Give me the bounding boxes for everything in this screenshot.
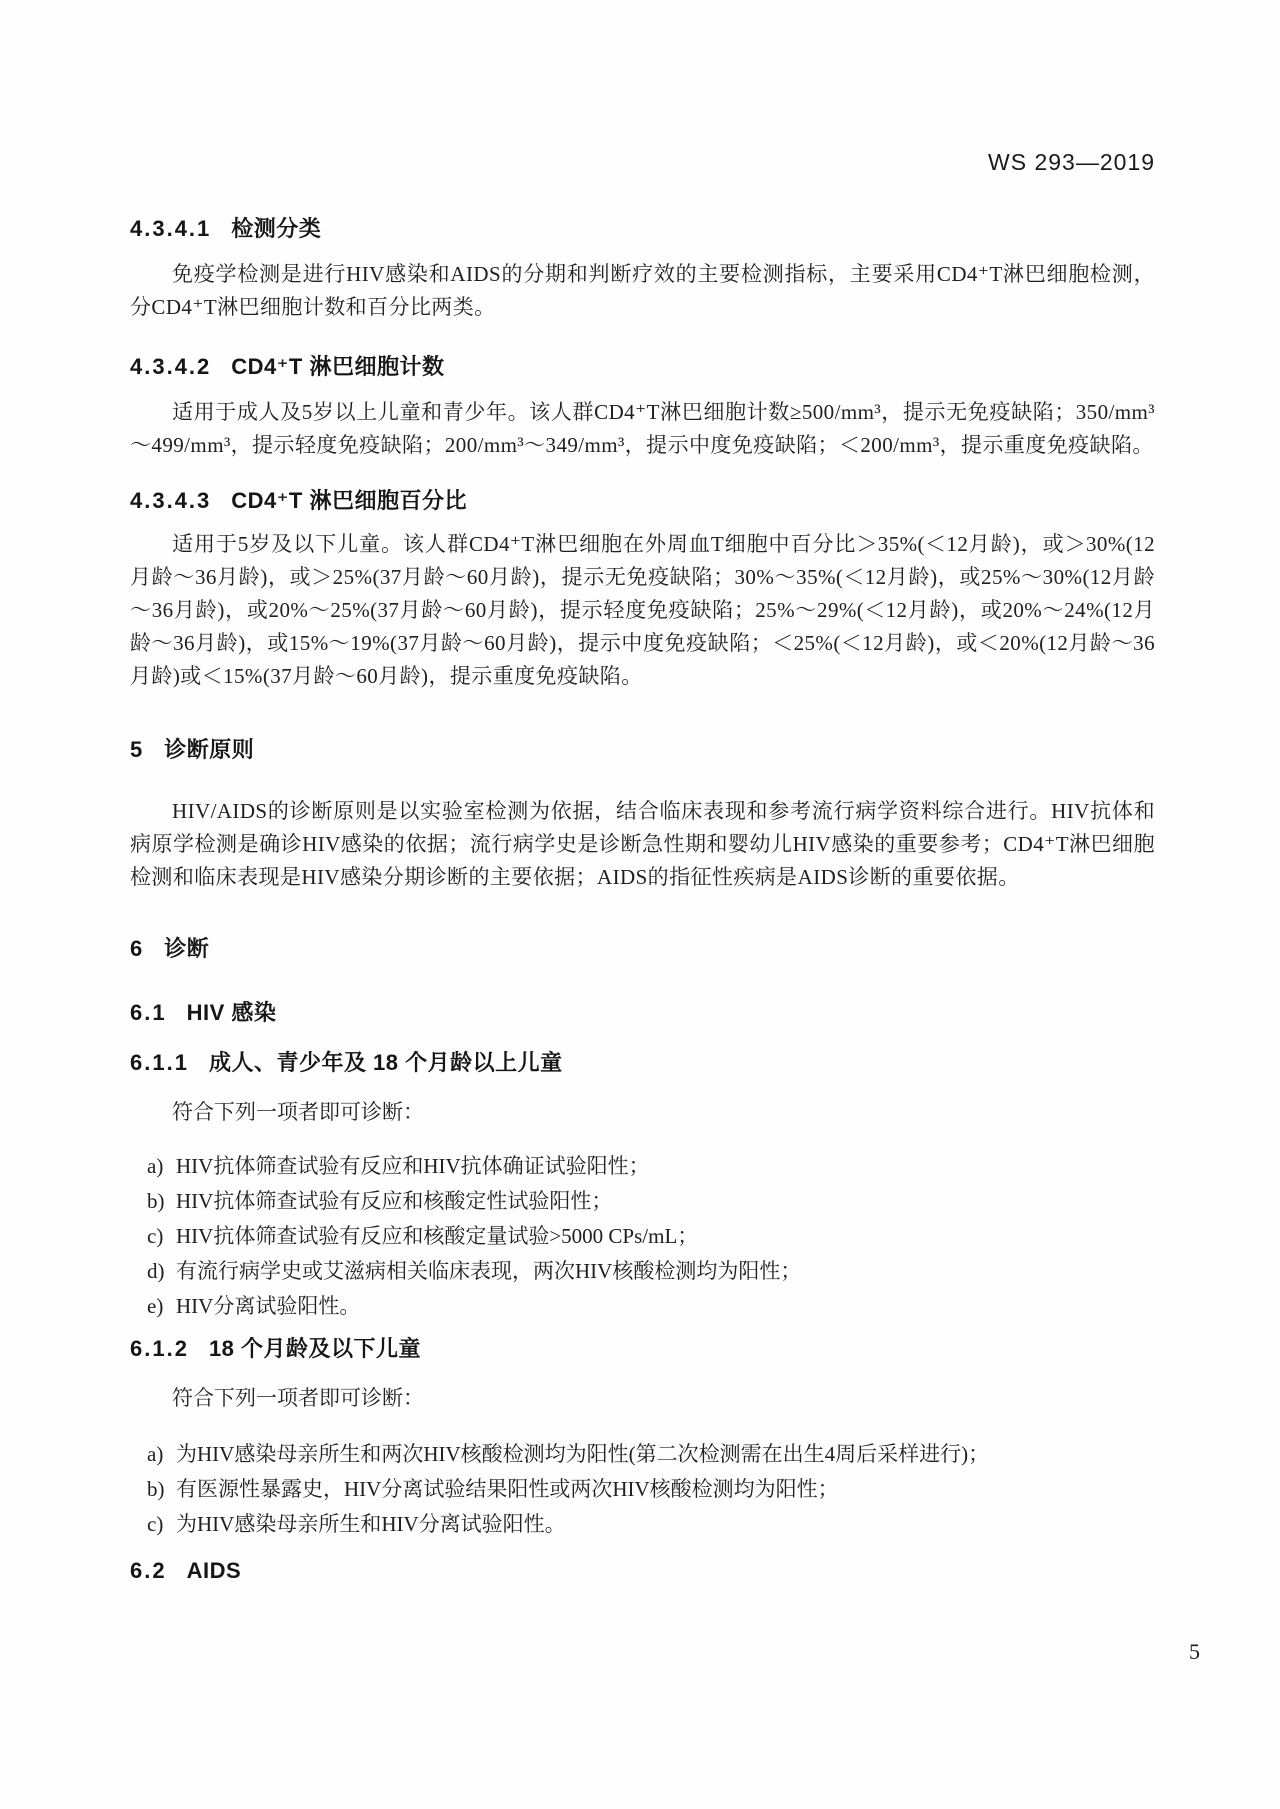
heading-title: CD4⁺T 淋巴细胞计数: [231, 352, 444, 382]
criteria-list-infants: a) 为HIV感染母亲所生和两次HIV核酸检测均为阳性(第二次检测需在出生4周后…: [130, 1437, 1155, 1542]
heading-number: 6.1: [130, 998, 167, 1028]
list-item-label: c): [147, 1507, 176, 1542]
heading-6-1-1: 6.1.1 成人、青少年及 18 个月龄以上儿童: [130, 1048, 1155, 1078]
heading-number: 6.1.2: [130, 1334, 189, 1364]
document-page: WS 293—2019 4.3.4.1 检测分类 免疫学检测是进行HIV感染和A…: [0, 0, 1280, 1809]
heading-6-1-2: 6.1.2 18 个月龄及以下儿童: [130, 1334, 1155, 1364]
heading-title: AIDS: [187, 1556, 242, 1586]
list-item-text: HIV抗体筛查试验有反应和核酸定量试验>5000 CPs/mL；: [176, 1219, 1155, 1254]
heading-title: 诊断: [164, 934, 209, 964]
list-item-text: HIV分离试验阳性。: [176, 1289, 1155, 1324]
page-number: 5: [1189, 1638, 1200, 1666]
list-item-label: b): [147, 1184, 176, 1219]
heading-title: CD4⁺T 淋巴细胞百分比: [231, 486, 467, 516]
heading-number: 4.3.4.2: [130, 352, 211, 382]
list-item-text: 为HIV感染母亲所生和HIV分离试验阳性。: [176, 1507, 1155, 1542]
heading-title: 诊断原则: [164, 735, 254, 765]
heading-number: 4.3.4.3: [130, 486, 211, 516]
list-item-text: HIV抗体筛查试验有反应和核酸定性试验阳性；: [176, 1184, 1155, 1219]
heading-4-3-4-3: 4.3.4.3 CD4⁺T 淋巴细胞百分比: [130, 486, 1155, 516]
para-principles: HIV/AIDS的诊断原则是以实验室检测为依据，结合临床表现和参考流行病学资料综…: [130, 795, 1155, 894]
criteria-list-adults: a) HIV抗体筛查试验有反应和HIV抗体确证试验阳性； b) HIV抗体筛查试…: [130, 1149, 1155, 1324]
intro-infants: 符合下列一项者即可诊断：: [130, 1382, 1155, 1415]
list-item-text: 有流行病学史或艾滋病相关临床表现，两次HIV核酸检测均为阳性；: [176, 1254, 1155, 1289]
heading-5: 5 诊断原则: [130, 735, 1155, 765]
list-item-label: a): [147, 1437, 176, 1472]
heading-number: 4.3.4.1: [130, 214, 211, 244]
heading-number: 6.2: [130, 1556, 167, 1586]
heading-4-3-4-2: 4.3.4.2 CD4⁺T 淋巴细胞计数: [130, 352, 1155, 382]
doc-code-header: WS 293—2019: [130, 148, 1155, 176]
list-item-text: 有医源性暴露史，HIV分离试验结果阳性或两次HIV核酸检测均为阳性；: [176, 1472, 1155, 1507]
list-item-label: a): [147, 1149, 176, 1184]
para-cd4-percent: 适用于5岁及以下儿童。该人群CD4⁺T淋巴细胞在外周血T细胞中百分比＞35%(＜…: [130, 528, 1155, 693]
heading-6-1: 6.1 HIV 感染: [130, 998, 1155, 1028]
heading-number: 6: [130, 934, 144, 964]
list-item: a) 为HIV感染母亲所生和两次HIV核酸检测均为阳性(第二次检测需在出生4周后…: [130, 1437, 1155, 1472]
heading-title: 检测分类: [231, 214, 321, 244]
heading-6-2: 6.2 AIDS: [130, 1556, 1155, 1586]
list-item-label: e): [147, 1289, 176, 1324]
list-item: d) 有流行病学史或艾滋病相关临床表现，两次HIV核酸检测均为阳性；: [130, 1254, 1155, 1289]
heading-title: 18 个月龄及以下儿童: [209, 1334, 421, 1364]
heading-title: HIV 感染: [187, 998, 277, 1028]
list-item: a) HIV抗体筛查试验有反应和HIV抗体确证试验阳性；: [130, 1149, 1155, 1184]
list-item-label: d): [147, 1254, 176, 1289]
list-item-label: c): [147, 1219, 176, 1254]
para-cd4-count: 适用于成人及5岁以上儿童和青少年。该人群CD4⁺T淋巴细胞计数≥500/mm³，…: [130, 396, 1155, 462]
list-item-text: HIV抗体筛查试验有反应和HIV抗体确证试验阳性；: [176, 1149, 1155, 1184]
list-item: b) HIV抗体筛查试验有反应和核酸定性试验阳性；: [130, 1184, 1155, 1219]
list-item: c) 为HIV感染母亲所生和HIV分离试验阳性。: [130, 1507, 1155, 1542]
heading-6: 6 诊断: [130, 934, 1155, 964]
list-item: c) HIV抗体筛查试验有反应和核酸定量试验>5000 CPs/mL；: [130, 1219, 1155, 1254]
para-detect-class: 免疫学检测是进行HIV感染和AIDS的分期和判断疗效的主要检测指标，主要采用CD…: [130, 258, 1155, 324]
heading-number: 6.1.1: [130, 1048, 189, 1078]
list-item-label: b): [147, 1472, 176, 1507]
heading-title: 成人、青少年及 18 个月龄以上儿童: [209, 1048, 563, 1078]
heading-number: 5: [130, 735, 144, 765]
heading-4-3-4-1: 4.3.4.1 检测分类: [130, 214, 1155, 244]
list-item-text: 为HIV感染母亲所生和两次HIV核酸检测均为阳性(第二次检测需在出生4周后采样进…: [176, 1437, 1155, 1472]
list-item: b) 有医源性暴露史，HIV分离试验结果阳性或两次HIV核酸检测均为阳性；: [130, 1472, 1155, 1507]
list-item: e) HIV分离试验阳性。: [130, 1289, 1155, 1324]
intro-adults: 符合下列一项者即可诊断：: [130, 1096, 1155, 1129]
